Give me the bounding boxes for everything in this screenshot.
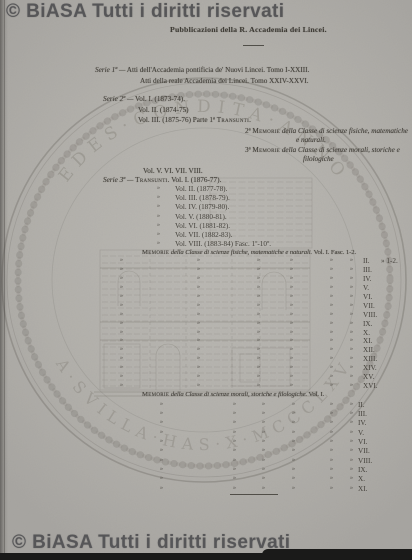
ditto-mark: » — [257, 364, 260, 370]
ditto-mark: » — [233, 419, 236, 425]
volume-numeral: IX. — [363, 320, 372, 328]
ditto-mark: » — [350, 275, 353, 281]
ditto-mark: » — [350, 284, 353, 290]
ditto-mark: » — [262, 410, 265, 416]
ditto-mark: » — [160, 401, 163, 407]
ditto-mark: » — [197, 302, 200, 308]
volume-numeral: VI. — [358, 438, 367, 446]
ditto-mark: » — [157, 231, 160, 237]
transunti-word: Transunti. — [135, 176, 169, 184]
ditto-mark: » — [292, 438, 295, 444]
ditto-mark: » — [350, 410, 353, 416]
ditto-mark: » — [120, 382, 123, 388]
ditto-mark: » — [257, 382, 260, 388]
volume-row: » » » » » » IX. — [0, 320, 412, 329]
volume-label: Vol. VIII. (1883-84) Fasc. 1º-10º. — [175, 240, 271, 248]
volume-numeral: XV. — [363, 373, 374, 381]
volume-row: » Vol. VII. (1882-83). — [0, 231, 412, 240]
volume-numeral: VIII. — [358, 457, 372, 465]
ditto-mark: » — [330, 346, 333, 352]
volume-numeral: VII. — [363, 302, 375, 310]
ditto-mark: » — [120, 257, 123, 263]
ditto-mark: » — [290, 373, 293, 379]
memorie-morali-rows: » » » » » » II. » » » » » » III. » » — [0, 401, 412, 494]
ditto-mark: » — [290, 337, 293, 343]
ditto-mark: » — [157, 240, 160, 246]
ditto-mark: » — [292, 429, 295, 435]
ditto-mark: » — [292, 457, 295, 463]
ditto-mark: » — [292, 410, 295, 416]
ditto-mark: » — [330, 382, 333, 388]
ditto-mark: » — [330, 373, 333, 379]
ditto-mark: » — [157, 203, 160, 209]
ditto-mark: » — [330, 257, 333, 263]
volume-row: » » » » » » II. — [0, 401, 412, 410]
ditto-mark: » — [262, 466, 265, 472]
ditto-mark: » — [120, 346, 123, 352]
ditto-mark: » — [197, 320, 200, 326]
ditto-mark: » — [290, 382, 293, 388]
ditto-mark: » — [350, 257, 353, 263]
memorie3-number: 3ª — [245, 146, 251, 154]
ditto-mark: » — [262, 419, 265, 425]
ditto-mark: » — [330, 466, 333, 472]
ditto-mark: » — [292, 485, 295, 491]
ditto-mark: » — [197, 355, 200, 361]
ditto-mark: » — [257, 275, 260, 281]
ditto-mark: » — [257, 373, 260, 379]
ditto-mark: » — [197, 293, 200, 299]
volume-row: » Vol. V. (1880-81). — [0, 213, 412, 222]
ditto-mark: » — [330, 419, 333, 425]
volume-row: » » » » » » XIII. — [0, 355, 412, 364]
title-divider-rule — [243, 45, 264, 46]
ditto-mark: » — [350, 475, 353, 481]
ditto-mark: » — [197, 284, 200, 290]
volume-row: » » » » » » II. » 1-2. — [0, 257, 412, 266]
ditto-mark: » — [197, 364, 200, 370]
ditto-mark: » — [330, 320, 333, 326]
ditto-mark: » — [257, 293, 260, 299]
serie1-label: Serie 1ª — — [95, 66, 125, 74]
ditto-mark: » — [160, 475, 163, 481]
ditto-mark: » — [233, 475, 236, 481]
section-end-rule — [230, 494, 278, 495]
volume-label: Vol. V. (1880-81). — [175, 213, 227, 221]
ditto-mark: » — [330, 401, 333, 407]
biasa-watermark-bottom: © BiASA Tutti i diritti riservati — [12, 532, 290, 554]
ditto-mark: » — [160, 429, 163, 435]
serie2-vol1: Vol. I. (1873-74). — [135, 95, 185, 103]
ditto-mark: » — [262, 429, 265, 435]
ditto-mark: » — [197, 329, 200, 335]
ditto-mark: » — [290, 364, 293, 370]
page-title: Pubblicazioni della R. Accademia dei Lin… — [170, 25, 327, 34]
ditto-mark: » — [330, 355, 333, 361]
ditto-mark: » — [330, 364, 333, 370]
volume-numeral: XIV. — [363, 364, 377, 372]
ditto-mark: » — [350, 447, 353, 453]
ditto-mark: » — [330, 329, 333, 335]
serie1-text1: Atti dell'Accademia pontificia de' Nuovi… — [127, 66, 310, 74]
ditto-mark: » — [233, 485, 236, 491]
volume-row: » » » » » » VII. — [0, 302, 412, 311]
volume-row: » » » » » » VIII. — [0, 311, 412, 320]
volume-row: » » » » » » VII. — [0, 447, 412, 456]
ditto-mark: » — [120, 284, 123, 290]
volume-row: » Vol. IV. (1879-80). — [0, 203, 412, 212]
serie3-line1: Serie 3ª — Transunti. Vol. I. (1876-77). — [103, 176, 221, 185]
volume-numeral: IX. — [358, 466, 367, 474]
ditto-mark: » — [120, 266, 123, 272]
ditto-mark: » — [350, 429, 353, 435]
ditto-mark: » — [330, 284, 333, 290]
ditto-mark: » — [290, 346, 293, 352]
ditto-mark: » — [157, 222, 160, 228]
ditto-mark: » — [160, 438, 163, 444]
volume-numeral: XI. — [358, 485, 367, 493]
ditto-mark: » — [350, 329, 353, 335]
volume-row: » » » » » » XV. — [0, 373, 412, 382]
volume-numeral: X. — [358, 475, 365, 483]
volume-numeral: XII. — [363, 346, 375, 354]
ditto-mark: » — [257, 266, 260, 272]
volume-numeral: II. — [358, 401, 365, 409]
volume-row: » » » » » » III. — [0, 266, 412, 275]
scanned-page: EDES·CONDITA·ANNO A·SVILLA·HAS·X·MCCCLXV… — [0, 0, 412, 560]
serie3-volume-rows: » Vol. II. (1877-78). » Vol. III. (1878-… — [0, 185, 412, 249]
ditto-mark: » — [120, 302, 123, 308]
volume-row: » » » » » » VI. — [0, 293, 412, 302]
ditto-mark: » — [233, 401, 236, 407]
ditto-mark: » — [120, 373, 123, 379]
ditto-mark: » — [330, 337, 333, 343]
ditto-mark: » — [160, 410, 163, 416]
ditto-mark: » — [330, 429, 333, 435]
volume-numeral: III. — [363, 266, 372, 274]
ditto-mark: » — [330, 410, 333, 416]
ditto-mark: » — [292, 419, 295, 425]
volume-numeral: VI. — [363, 293, 372, 301]
ditto-mark: » — [330, 275, 333, 281]
ditto-mark: » — [330, 266, 333, 272]
ditto-mark: » — [292, 447, 295, 453]
volume-label: Vol. II. (1877-78). — [175, 185, 227, 193]
volume-label: Vol. VI. (1881-82). — [175, 222, 230, 230]
serie2-memorie3-line2: filologiche — [303, 155, 334, 164]
ditto-mark: » — [233, 447, 236, 453]
serie3-vol1: Vol. I. (1876-77). — [171, 176, 221, 184]
serie2-vols-more: Vol. V. VI. VII. VIII. — [143, 167, 203, 176]
volume-label: Vol. III. (1878-79). — [175, 194, 230, 202]
ditto-mark: » — [197, 337, 200, 343]
ditto-mark: » — [350, 438, 353, 444]
ditto-mark: » — [120, 364, 123, 370]
ditto-mark: » — [157, 185, 160, 191]
volume-row: » » » » » » V. — [0, 284, 412, 293]
volume-numeral: XI. — [363, 337, 372, 345]
scan-bottom-bar — [0, 553, 412, 560]
ditto-mark: » — [197, 275, 200, 281]
ditto-mark: » — [350, 320, 353, 326]
biasa-watermark-top: © BiASA Tutti i diritti riservati — [6, 1, 284, 23]
volume-numeral: V. — [363, 284, 369, 292]
memorie-morali-vol1: Vol. I. — [308, 391, 324, 398]
memorie-word: Memorie — [142, 391, 169, 398]
ditto-mark: » — [257, 284, 260, 290]
serie3-label: Serie 3ª — — [103, 176, 133, 184]
ditto-mark: » — [350, 419, 353, 425]
volume-numeral: VII. — [358, 447, 370, 455]
serie1-line1: Serie 1ª — Atti dell'Accademia pontifici… — [95, 66, 309, 75]
ditto-mark: » — [120, 275, 123, 281]
ditto-mark: » — [290, 257, 293, 263]
ditto-mark: » — [233, 429, 236, 435]
memorie-word: Memorie — [252, 146, 280, 154]
ditto-mark: » — [290, 311, 293, 317]
volume-row: » » » » » » V. — [0, 429, 412, 438]
ditto-mark: » — [350, 382, 353, 388]
volume-numeral: IV. — [358, 419, 366, 427]
serie2-vol3: Vol. III. (1875-76) Parte 1ª Transunti. — [138, 116, 251, 125]
volume-numeral: VIII. — [363, 311, 377, 319]
ditto-mark: » — [292, 466, 295, 472]
ditto-mark: » — [350, 364, 353, 370]
serie2-vol3-text: Vol. III. (1875-76) Parte 1ª — [138, 116, 215, 124]
volume-row: » » » » » » X. — [0, 329, 412, 338]
ditto-mark: » — [290, 320, 293, 326]
memorie-morali-header: Memorie della Classe di scienze morali, … — [142, 390, 324, 399]
ditto-mark: » — [350, 346, 353, 352]
memorie-word: Memorie — [142, 249, 169, 256]
volume-row: » » » » » » IV. — [0, 419, 412, 428]
volume-numeral: II. — [363, 257, 370, 265]
ditto-mark: » — [160, 485, 163, 491]
memorie-morali-class: della Classe di scienze morali, storiche… — [171, 391, 307, 398]
ditto-mark: » — [257, 346, 260, 352]
ditto-mark: » — [350, 337, 353, 343]
volume-row: » » » » » » XII. — [0, 346, 412, 355]
ditto-mark: » — [257, 337, 260, 343]
ditto-mark: » — [262, 475, 265, 481]
ditto-mark: » — [330, 438, 333, 444]
ditto-mark: » — [262, 438, 265, 444]
volume-row: » » » » » » X. — [0, 475, 412, 484]
volume-row: » » » » » » XI. — [0, 337, 412, 346]
volume-numeral: X. — [363, 329, 370, 337]
ditto-mark: » — [330, 447, 333, 453]
ditto-mark: » — [257, 257, 260, 263]
ditto-mark: » — [120, 293, 123, 299]
ditto-mark: » — [257, 320, 260, 326]
memorie-fisiche-vol1: Vol. I. Fasc. 1-2. — [314, 249, 356, 256]
ditto-mark: » — [197, 382, 200, 388]
ditto-mark: » — [330, 475, 333, 481]
ditto-mark: » — [157, 213, 160, 219]
memorie-fisiche-class: della Classe di scienze fisiche, matemat… — [171, 249, 312, 256]
fascicle-range: » 1-2. — [381, 257, 398, 265]
volume-row: » » » » » » IV. — [0, 275, 412, 284]
volume-label: Vol. IV. (1879-80). — [175, 203, 229, 211]
serie2-memorie2-line2: e naturali. — [296, 136, 326, 145]
ditto-mark: » — [330, 302, 333, 308]
ditto-mark: » — [160, 419, 163, 425]
ditto-mark: » — [290, 329, 293, 335]
ditto-mark: » — [330, 311, 333, 317]
ditto-mark: » — [290, 266, 293, 272]
ditto-mark: » — [160, 466, 163, 472]
ditto-mark: » — [350, 485, 353, 491]
ditto-mark: » — [290, 302, 293, 308]
ditto-mark: » — [330, 485, 333, 491]
volume-row: » Vol. VI. (1881-82). — [0, 222, 412, 231]
ditto-mark: » — [233, 457, 236, 463]
ditto-mark: » — [257, 355, 260, 361]
ditto-mark: » — [160, 457, 163, 463]
ditto-mark: » — [233, 410, 236, 416]
serie2-line1: Serie 2ª — Vol. I. (1873-74). — [103, 95, 185, 104]
ditto-mark: » — [197, 346, 200, 352]
volume-row: » » » » » » IX. — [0, 466, 412, 475]
ditto-mark: » — [350, 311, 353, 317]
serie2-memorie3-line1: 3ª Memorie della Classe di scienze moral… — [245, 146, 400, 155]
memorie-fisiche-rows: » » » » » » II. » 1-2. » » » » » » III. — [0, 257, 412, 391]
ditto-mark: » — [330, 457, 333, 463]
ditto-mark: » — [257, 329, 260, 335]
transunti-word: Transunti. — [217, 116, 251, 124]
memorie3-class: della Classe di scienze morali, storiche… — [282, 146, 400, 154]
volume-numeral: V. — [358, 429, 364, 437]
memorie2-number: 2ª — [245, 127, 251, 135]
ditto-mark: » — [330, 293, 333, 299]
ditto-mark: » — [262, 457, 265, 463]
volume-row: » » » » » » XI. — [0, 485, 412, 494]
ditto-mark: » — [350, 293, 353, 299]
ditto-mark: » — [292, 401, 295, 407]
ditto-mark: » — [292, 475, 295, 481]
ditto-mark: » — [350, 302, 353, 308]
volume-row: » » » » » » VI. — [0, 438, 412, 447]
ditto-mark: » — [290, 355, 293, 361]
ditto-mark: » — [262, 401, 265, 407]
serie2-vol2: Vol. II. (1874-75) — [138, 106, 189, 115]
ditto-mark: » — [350, 373, 353, 379]
ditto-mark: » — [290, 275, 293, 281]
ditto-mark: » — [120, 337, 123, 343]
ditto-mark: » — [262, 485, 265, 491]
volume-numeral: XVI. — [363, 382, 378, 390]
ditto-mark: » — [120, 320, 123, 326]
memorie2-class: della Classe di scienze fisiche, matemat… — [282, 127, 408, 135]
serie2-label: Serie 2ª — — [103, 95, 133, 103]
ditto-mark: » — [257, 311, 260, 317]
volume-label: Vol. VII. (1882-83). — [175, 231, 232, 239]
ditto-mark: » — [350, 266, 353, 272]
ditto-mark: » — [197, 373, 200, 379]
ditto-mark: » — [120, 329, 123, 335]
serie1-line2: Atti della reale Accademia dei Lincei. T… — [140, 77, 309, 86]
ditto-mark: » — [120, 311, 123, 317]
volume-row: » » » » » » III. — [0, 410, 412, 419]
volume-row: » » » » » » VIII. — [0, 457, 412, 466]
serie2-memorie2-line1: 2ª Memorie della Classe di scienze fisic… — [245, 127, 408, 136]
ditto-mark: » — [350, 355, 353, 361]
ditto-mark: » — [350, 457, 353, 463]
ditto-mark: » — [160, 447, 163, 453]
ditto-mark: » — [157, 194, 160, 200]
ditto-mark: » — [197, 266, 200, 272]
memorie-fisiche-header: Memorie della Classe di scienze fisiche,… — [142, 248, 356, 257]
ditto-mark: » — [350, 401, 353, 407]
ditto-mark: » — [120, 355, 123, 361]
ditto-mark: » — [290, 293, 293, 299]
ditto-mark: » — [257, 302, 260, 308]
volume-numeral: III. — [358, 410, 367, 418]
volume-row: » Vol. III. (1878-79). — [0, 194, 412, 203]
ditto-mark: » — [233, 438, 236, 444]
ditto-mark: » — [197, 311, 200, 317]
ditto-mark: » — [262, 447, 265, 453]
volume-numeral: IV. — [363, 275, 371, 283]
ditto-mark: » — [197, 257, 200, 263]
memorie-word: Memorie — [252, 127, 280, 135]
volume-row: » Vol. II. (1877-78). — [0, 185, 412, 194]
volume-numeral: XIII. — [363, 355, 377, 363]
ditto-mark: » — [233, 466, 236, 472]
ditto-mark: » — [290, 284, 293, 290]
volume-row: » » » » » » XIV. — [0, 364, 412, 373]
ditto-mark: » — [350, 466, 353, 472]
